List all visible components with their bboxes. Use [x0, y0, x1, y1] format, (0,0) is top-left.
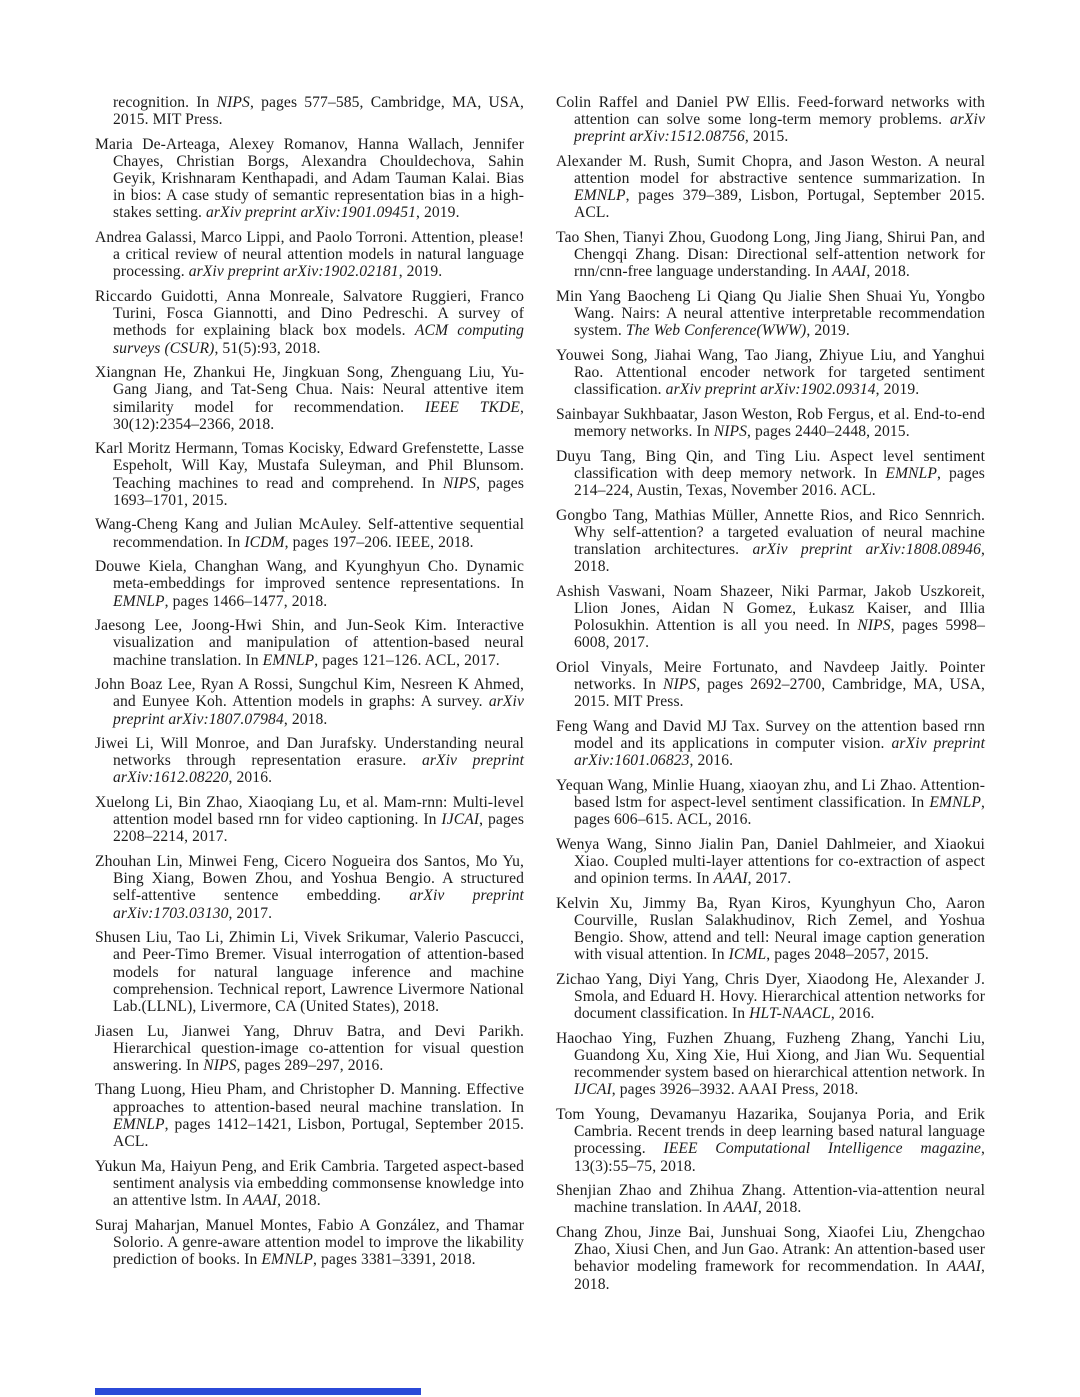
reference-text: , pages 289–297, 2016.	[237, 1057, 384, 1074]
reference-venue-text: EMNLP	[574, 187, 626, 204]
reference-text: , 2016.	[229, 769, 273, 786]
reference-venue-text: NIPS	[857, 617, 890, 634]
reference-item: Duyu Tang, Bing Qin, and Ting Liu. Aspec…	[556, 448, 985, 499]
reference-venue-text: AAAI	[947, 1258, 981, 1275]
reference-item: Riccardo Guidotti, Anna Monreale, Salvat…	[95, 288, 524, 357]
reference-item: Zichao Yang, Diyi Yang, Chris Dyer, Xiao…	[556, 971, 985, 1022]
reference-item-continued: recognition. In NIPS, pages 577–585, Cam…	[95, 94, 524, 128]
reference-item: Xiangnan He, Zhankui He, Jingkuan Song, …	[95, 364, 524, 433]
reference-item: Suraj Maharjan, Manuel Montes, Fabio A G…	[95, 1217, 524, 1268]
reference-text: Tao Shen, Tianyi Zhou, Guodong Long, Jin…	[556, 229, 985, 280]
reference-text: , 2016.	[690, 752, 734, 769]
reference-item: Douwe Kiela, Changhan Wang, and Kyunghyu…	[95, 558, 524, 609]
reference-venue-text: NIPS	[203, 1057, 236, 1074]
reference-text: , 2015.	[745, 128, 789, 145]
reference-venue-text: EMNLP	[929, 794, 981, 811]
reference-item: John Boaz Lee, Ryan A Rossi, Sungchul Ki…	[95, 676, 524, 727]
reference-venue-text: NIPS	[443, 475, 476, 492]
reference-venue-text: EMNLP	[263, 652, 315, 669]
reference-item: Sainbayar Sukhbaatar, Jason Weston, Rob …	[556, 406, 985, 440]
reference-text: , pages 197–206. IEEE, 2018.	[285, 534, 474, 551]
reference-text: , 2019.	[399, 263, 443, 280]
reference-text: Alexander M. Rush, Sumit Chopra, and Jas…	[556, 153, 985, 187]
reference-text: Haochao Ying, Fuzhen Zhuang, Fuzheng Zha…	[556, 1030, 985, 1081]
reference-venue-text: The Web Conference(WWW)	[626, 322, 806, 339]
reference-text: Shusen Liu, Tao Li, Zhimin Li, Vivek Sri…	[95, 929, 524, 1015]
reference-text: Chang Zhou, Jinze Bai, Junshuai Song, Xi…	[556, 1224, 985, 1275]
reference-text: , 2019.	[806, 322, 850, 339]
reference-item: Feng Wang and David MJ Tax. Survey on th…	[556, 718, 985, 769]
reference-text: , pages 1412–1421, Lisbon, Portugal, Sep…	[113, 1116, 524, 1150]
reference-item: Tao Shen, Tianyi Zhou, Guodong Long, Jin…	[556, 229, 985, 280]
reference-item: Jaesong Lee, Joong-Hwi Shin, and Jun-Seo…	[95, 617, 524, 668]
reference-venue-text: ICDM	[244, 534, 284, 551]
reference-item: Shenjian Zhao and Zhihua Zhang. Attentio…	[556, 1182, 985, 1216]
reference-text: , 2017.	[748, 870, 792, 887]
reference-venue-text: IEEE Computational Intelligence magazine	[663, 1140, 981, 1157]
reference-venue-text: IJCAI	[441, 811, 479, 828]
reference-venue-text: NIPS	[217, 94, 250, 111]
reference-text: , pages 1466–1477, 2018.	[165, 593, 328, 610]
reference-text: , 2018.	[866, 263, 910, 280]
reference-item: Wang-Cheng Kang and Julian McAuley. Self…	[95, 516, 524, 550]
bottom-blue-bar	[95, 1388, 421, 1395]
reference-venue-text: NIPS	[714, 423, 747, 440]
reference-venue-text: AAAI	[832, 263, 866, 280]
reference-text: Colin Raffel and Daniel PW Ellis. Feed-f…	[556, 94, 985, 128]
reference-item: Chang Zhou, Jinze Bai, Junshuai Song, Xi…	[556, 1224, 985, 1293]
reference-venue-text: IJCAI	[574, 1081, 612, 1098]
reference-item: Oriol Vinyals, Meire Fortunato, and Navd…	[556, 659, 985, 710]
reference-text: , 2019.	[876, 381, 920, 398]
reference-venue-text: EMNLP	[113, 593, 165, 610]
reference-text: , pages 3926–3932. AAAI Press, 2018.	[612, 1081, 859, 1098]
reference-venue-text: AAAI	[243, 1192, 277, 1209]
reference-item: Andrea Galassi, Marco Lippi, and Paolo T…	[95, 229, 524, 280]
reference-item: Jiasen Lu, Jianwei Yang, Dhruv Batra, an…	[95, 1023, 524, 1074]
reference-item: Xuelong Li, Bin Zhao, Xiaoqiang Lu, et a…	[95, 794, 524, 845]
reference-venue-text: AAAI	[714, 870, 748, 887]
reference-item: Gongbo Tang, Mathias Müller, Annette Rio…	[556, 507, 985, 576]
reference-item: Yukun Ma, Haiyun Peng, and Erik Cambria.…	[95, 1158, 524, 1209]
reference-text: , pages 379–389, Lisbon, Portugal, Septe…	[574, 187, 985, 221]
references-column-left: recognition. In NIPS, pages 577–585, Cam…	[95, 94, 524, 1300]
reference-text: , 2018.	[277, 1192, 321, 1209]
reference-item: Maria De-Arteaga, Alexey Romanov, Hanna …	[95, 136, 524, 222]
reference-item: Youwei Song, Jiahai Wang, Tao Jiang, Zhi…	[556, 347, 985, 398]
reference-venue-text: arXiv preprint arXiv:1901.09451	[206, 204, 416, 221]
reference-venue-text: AAAI	[724, 1199, 758, 1216]
reference-text: , 2019.	[416, 204, 460, 221]
reference-text: , 51(5):93, 2018.	[214, 340, 320, 357]
reference-item: Karl Moritz Hermann, Tomas Kocisky, Edwa…	[95, 440, 524, 509]
reference-venue-text: arXiv preprint arXiv:1902.09314	[666, 381, 876, 398]
reference-item: Wenya Wang, Sinno Jialin Pan, Daniel Dah…	[556, 836, 985, 887]
reference-text: , 2018.	[758, 1199, 802, 1216]
reference-item: Shusen Liu, Tao Li, Zhimin Li, Vivek Sri…	[95, 929, 524, 1015]
reference-text: , pages 2440–2448, 2015.	[747, 423, 910, 440]
reference-text: Thang Luong, Hieu Pham, and Christopher …	[95, 1081, 524, 1115]
reference-item: Kelvin Xu, Jimmy Ba, Ryan Kiros, Kyunghy…	[556, 895, 985, 964]
reference-text: , pages 3381–3391, 2018.	[313, 1251, 476, 1268]
reference-venue-text: HLT-NAACL	[749, 1005, 831, 1022]
reference-venue-text: EMNLP	[885, 465, 937, 482]
reference-text: Douwe Kiela, Changhan Wang, and Kyunghyu…	[95, 558, 524, 592]
references-column-right: Colin Raffel and Daniel PW Ellis. Feed-f…	[556, 94, 985, 1300]
reference-item: Alexander M. Rush, Sumit Chopra, and Jas…	[556, 153, 985, 222]
reference-venue-text: ICML	[729, 946, 767, 963]
reference-text: Yequan Wang, Minlie Huang, xiaoyan zhu, …	[556, 777, 985, 811]
reference-item: Zhouhan Lin, Minwei Feng, Cicero Nogueir…	[95, 853, 524, 922]
reference-item: Yequan Wang, Minlie Huang, xiaoyan zhu, …	[556, 777, 985, 828]
reference-item: Haochao Ying, Fuzhen Zhuang, Fuzheng Zha…	[556, 1030, 985, 1099]
reference-venue-text: arXiv preprint arXiv:1902.02181	[189, 263, 399, 280]
reference-venue-text: NIPS	[663, 676, 696, 693]
reference-item: Min Yang Baocheng Li Qiang Qu Jialie She…	[556, 288, 985, 339]
reference-venue-text: arXiv preprint arXiv:1808.08946	[752, 541, 981, 558]
reference-item: Tom Young, Devamanyu Hazarika, Soujanya …	[556, 1106, 985, 1175]
reference-venue-text: EMNLP	[261, 1251, 313, 1268]
reference-text: recognition. In	[113, 94, 217, 111]
reference-item: Jiwei Li, Will Monroe, and Dan Jurafsky.…	[95, 735, 524, 786]
reference-item: Ashish Vaswani, Noam Shazeer, Niki Parma…	[556, 583, 985, 652]
reference-item: Thang Luong, Hieu Pham, and Christopher …	[95, 1081, 524, 1150]
reference-text: , 2017.	[229, 905, 273, 922]
reference-text: , 2016.	[831, 1005, 875, 1022]
reference-venue-text: EMNLP	[113, 1116, 165, 1133]
reference-venue-text: IEEE TKDE	[425, 399, 520, 416]
reference-text: John Boaz Lee, Ryan A Rossi, Sungchul Ki…	[95, 676, 524, 710]
reference-item: Colin Raffel and Daniel PW Ellis. Feed-f…	[556, 94, 985, 145]
references-page: recognition. In NIPS, pages 577–585, Cam…	[0, 0, 1080, 1330]
reference-text: , 2018.	[284, 711, 328, 728]
reference-text: , pages 2048–2057, 2015.	[766, 946, 929, 963]
reference-text: , pages 121–126. ACL, 2017.	[314, 652, 499, 669]
